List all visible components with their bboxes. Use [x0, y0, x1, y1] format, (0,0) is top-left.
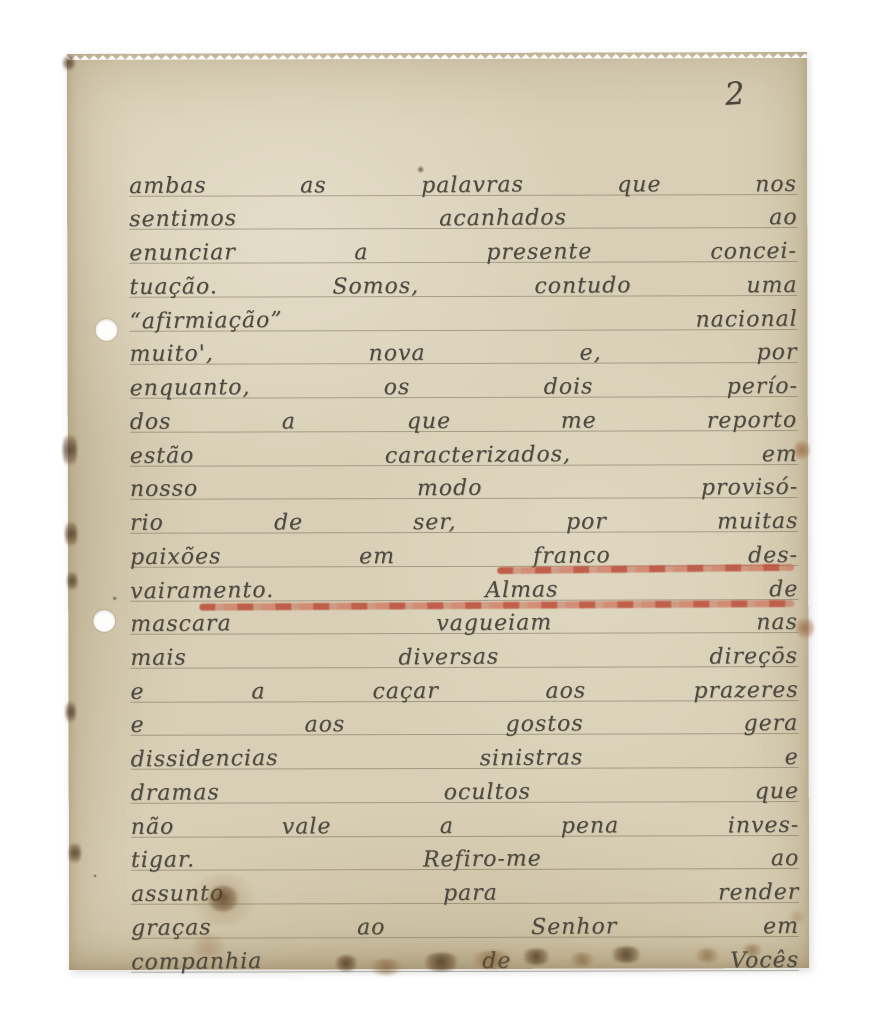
handwritten-word: gostos: [506, 717, 584, 733]
stain: [189, 873, 259, 925]
handwritten-word: por: [757, 345, 798, 360]
handwritten-word: caracterizados,: [385, 447, 571, 464]
handwritten-word: nos: [755, 177, 797, 192]
handwritten-line: eacaçaraosprazeres: [130, 667, 798, 702]
handwritten-word: a: [354, 245, 368, 260]
punch-hole: [95, 319, 117, 341]
handwritten-line: nãovaleapenainves-: [131, 802, 799, 837]
stain: [369, 959, 403, 975]
handwritten-word: render: [718, 885, 799, 901]
handwritten-word: direçōs: [710, 649, 799, 665]
handwritten-word: os: [384, 380, 411, 395]
stain: [741, 944, 763, 956]
handwritten-word: de: [769, 582, 798, 597]
handwritten-line: enunciarapresenteconcei-: [129, 229, 797, 264]
handwritten-word: sinistras: [480, 750, 584, 766]
stain: [694, 948, 720, 962]
handwritten-word: que: [754, 784, 798, 799]
stain: [69, 841, 81, 865]
handwritten-word: aos: [305, 718, 346, 733]
handwritten-word: dos: [130, 414, 172, 429]
stray-pencil-mark: [112, 596, 117, 601]
stain: [469, 951, 515, 969]
handwritten-word: mascara: [130, 616, 231, 632]
handwritten-line: enquanto,osdoisperío-: [130, 363, 798, 398]
handwritten-word: nosso: [130, 482, 198, 498]
handwritten-word: vagueiam: [436, 616, 552, 632]
stray-pencil-mark: [417, 165, 424, 174]
handwritten-word: “afirmiação”: [129, 313, 282, 329]
stain: [334, 955, 358, 971]
handwritten-word: dois: [543, 380, 593, 395]
handwritten-word: estão: [130, 448, 195, 464]
handwritten-word: dramas: [131, 785, 220, 801]
handwritten-word: palavras: [421, 177, 524, 193]
handwritten-word: franco: [533, 548, 611, 564]
handwritten-word: Vocês: [730, 952, 799, 968]
punch-hole: [93, 610, 115, 632]
torn-top-edge: [67, 51, 807, 60]
stain: [67, 570, 77, 592]
handwritten-word: aos: [546, 683, 587, 698]
handwritten-word: e: [785, 750, 799, 765]
scanned-document: 2 ambasaspalavrasquenossentimosacanhados…: [0, 0, 878, 1024]
handwritten-word: que: [617, 177, 661, 192]
handwritten-line: ambasaspalavrasquenos: [129, 161, 797, 196]
handwritten-word: gera: [744, 716, 799, 732]
handwritten-word: muito',: [130, 347, 214, 363]
handwritten-word: me: [561, 413, 597, 428]
handwritten-word: sentimos: [129, 212, 237, 228]
handwritten-word: enunciar: [129, 245, 236, 261]
handwritten-word: por: [566, 514, 607, 529]
handwritten-word: nova: [368, 346, 425, 362]
handwritten-word: Senhor: [531, 919, 617, 935]
handwritten-line: muito',novae,por: [130, 330, 798, 365]
handwritten-word: vairamento.: [130, 582, 274, 598]
handwritten-word: a: [282, 414, 296, 429]
handwritten-word: nas: [757, 615, 799, 630]
handwritten-word: não: [131, 819, 175, 834]
handwritten-line: estãocaracterizados,em: [130, 431, 798, 466]
handwritten-word: vale: [282, 819, 332, 834]
handwritten-word: em: [359, 549, 395, 564]
handwritten-word: ser,: [413, 515, 457, 530]
stain: [63, 431, 77, 469]
handwritten-word: que: [406, 414, 450, 429]
handwritten-word: ocultos: [443, 784, 530, 800]
handwritten-word: inves-: [727, 817, 799, 833]
stain: [65, 519, 77, 549]
handwritten-word: diversas: [398, 650, 499, 666]
handwritten-line: dramasocultosque: [131, 768, 799, 803]
stain: [63, 55, 75, 71]
handwritten-word: para: [443, 886, 498, 902]
handwritten-line: eaosgostosgera: [131, 701, 799, 736]
stain: [65, 699, 75, 725]
handwritten-word: contudo: [534, 278, 631, 294]
handwritten-word: Almas: [485, 582, 558, 598]
handwritten-word: e: [130, 718, 144, 733]
handwritten-word: provisó-: [701, 480, 798, 496]
handwritten-word: ao: [769, 210, 798, 225]
handwritten-word: perío-: [726, 379, 797, 395]
handwritten-word: Somos,: [333, 279, 420, 295]
handwritten-word: tuação.: [129, 279, 218, 295]
handwritten-word: rio: [130, 516, 164, 531]
handwritten-word: des-: [748, 548, 798, 563]
handwritten-line: maisdiversasdireçōs: [130, 633, 798, 668]
handwritten-word: ambas: [129, 178, 207, 194]
stain: [794, 440, 810, 460]
stain: [569, 953, 595, 967]
handwritten-word: em: [762, 447, 798, 462]
manuscript-page: 2 ambasaspalavrasquenossentimosacanhados…: [67, 52, 809, 970]
handwritten-line: dissidenciassinistrase: [131, 735, 799, 770]
handwritten-word: e: [130, 684, 144, 699]
handwritten-word: a: [439, 819, 453, 834]
handwritten-line: dosaquemereporto: [130, 397, 798, 432]
handwritten-line: tuação.Somos,contudouma: [129, 262, 797, 297]
handwritten-word: a: [251, 684, 265, 699]
handwritten-line: “afirmiação”nacional: [129, 296, 797, 331]
handwritten-word: as: [300, 178, 327, 193]
handwritten-line: riodeser,pormuitas: [130, 498, 798, 533]
handwritten-word: dissidencias: [131, 751, 279, 767]
stain: [609, 946, 643, 962]
handwritten-word: reporto: [707, 413, 798, 429]
handwritten-line: tigar.Refiro-meao: [131, 836, 799, 871]
handwritten-word: nacional: [695, 311, 797, 327]
handwritten-word: acanhados: [439, 211, 567, 227]
handwritten-word: prazeres: [693, 682, 798, 698]
handwritten-word: presente: [486, 244, 592, 260]
handwritten-word: paixões: [130, 549, 221, 565]
stain: [796, 617, 814, 639]
handwritten-word: caçar: [372, 684, 439, 700]
handwritten-word: enquanto,: [130, 380, 251, 396]
page-number: 2: [724, 76, 746, 113]
handwritten-word: modo: [417, 481, 483, 497]
stain: [521, 949, 551, 965]
handwritten-line: sentimosacanhadosao: [129, 195, 797, 230]
handwritten-word: pena: [561, 818, 620, 834]
stain: [187, 934, 229, 960]
handwritten-word: muitas: [717, 514, 798, 530]
stray-pencil-mark: [93, 874, 97, 878]
stain: [787, 910, 807, 924]
handwritten-word: tigar.: [131, 853, 195, 869]
handwritten-word: Refiro-me: [423, 852, 542, 868]
handwritten-word: ao: [357, 920, 386, 935]
handwritten-word: uma: [746, 278, 797, 293]
handwritten-word: ao: [770, 851, 799, 866]
stain: [421, 953, 461, 971]
handwritten-line: nossomodoprovisó-: [130, 465, 798, 500]
handwritten-word: de: [274, 515, 303, 530]
handwritten-line: paixõesemfrancodes-: [130, 532, 798, 567]
handwritten-word: mais: [130, 650, 186, 666]
handwritten-word: concei-: [711, 244, 798, 260]
handwritten-word: e,: [580, 346, 602, 361]
